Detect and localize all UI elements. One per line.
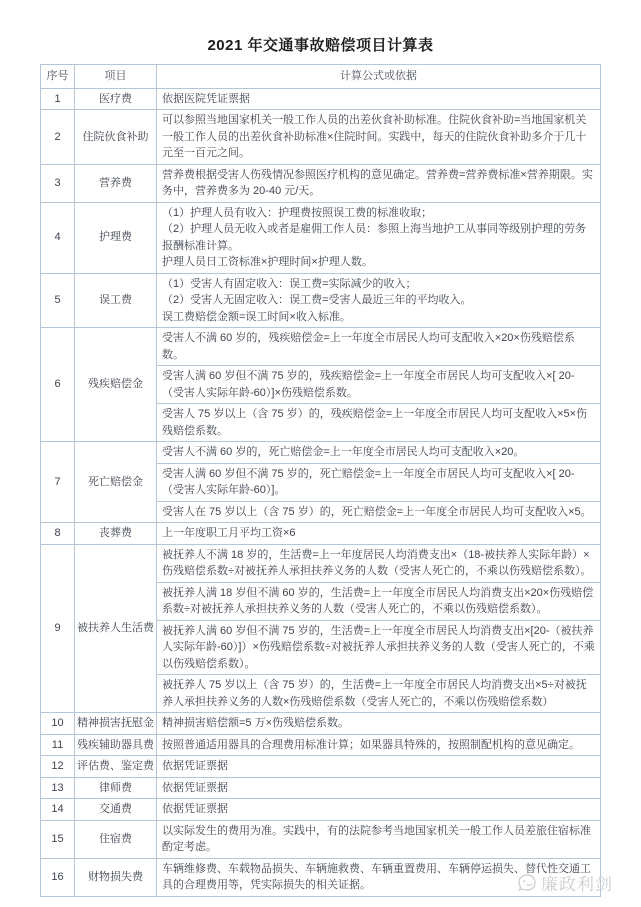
- formula-cell: 按照普通适用器具的合理费用标准计算；如果器具特殊的，按照制配机构的意见确定。: [157, 734, 601, 756]
- page-title: 2021 年交通事故赔偿项目计算表: [0, 34, 641, 55]
- formula-cell: 精神损害赔偿额=5 万×伤残赔偿系数。: [157, 713, 601, 735]
- item-name-cell: 丧葬费: [75, 523, 157, 545]
- formula-paragraph: 上一年度职工月平均工资×6: [162, 525, 595, 542]
- row-number-cell: 9: [41, 544, 75, 713]
- item-name-cell: 护理费: [75, 202, 157, 273]
- formula-paragraph: 被抚养人满 18 岁但不满 60 岁的，生活费=上一年度全市居民人均消费支出×2…: [162, 585, 595, 618]
- item-name-cell: 律师费: [75, 777, 157, 799]
- formula-paragraph: （1）受害人有固定收入：误工费=实际减少的收入；: [162, 276, 595, 293]
- formula-paragraph: 按照普通适用器具的合理费用标准计算；如果器具特殊的，按照制配机构的意见确定。: [162, 737, 595, 754]
- table-row: 5误工费（1）受害人有固定收入：误工费=实际减少的收入；（2）受害人无固定收入：…: [41, 273, 601, 328]
- table-row: 11残疾辅助器具费按照普通适用器具的合理费用标准计算；如果器具特殊的，按照制配机…: [41, 734, 601, 756]
- item-name-cell: 交通费: [75, 799, 157, 821]
- item-name-cell: 营养费: [75, 164, 157, 202]
- formula-paragraph: 依据凭证票据: [162, 801, 595, 818]
- formula-cell: 以实际发生的费用为准。实践中，有的法院参考当地国家机关一般工作人员差旅住宿标准酌…: [157, 820, 601, 858]
- formula-cell: 被抚养人满 18 岁但不满 60 岁的，生活费=上一年度全市居民人均消费支出×2…: [157, 582, 601, 620]
- formula-paragraph: 受害人在 75 岁以上（含 75 岁）的，死亡赔偿金=上一年度全市居民人均可支配…: [162, 504, 595, 521]
- table-row: 8丧葬费上一年度职工月平均工资×6: [41, 523, 601, 545]
- formula-cell: 营养费根据受害人伤残情况参照医疗机构的意见确定。营养费=营养费标准×营养期限。实…: [157, 164, 601, 202]
- item-name-cell: 住院伙食补助: [75, 110, 157, 165]
- item-name-cell: 评估费、鉴定费: [75, 756, 157, 778]
- row-number-cell: 4: [41, 202, 75, 273]
- formula-paragraph: 被抚养人满 60 岁但不满 75 岁的，生活费=上一年度全市居民人均消费支出×[…: [162, 623, 595, 673]
- row-number-cell: 7: [41, 442, 75, 523]
- formula-paragraph: 营养费根据受害人伤残情况参照医疗机构的意见确定。营养费=营养费标准×营养期限。实…: [162, 167, 595, 200]
- formula-cell: 可以参照当地国家机关一般工作人员的出差伙食补助标准。住院伙食补助=当地国家机关一…: [157, 110, 601, 165]
- row-number-cell: 3: [41, 164, 75, 202]
- table-row: 1医疗费依据医院凭证票据: [41, 88, 601, 110]
- formula-paragraph: 精神损害赔偿额=5 万×伤残赔偿系数。: [162, 715, 595, 732]
- formula-cell: 受害人满 60 岁但不满 75 岁的，残疾赔偿金=上一年度全市居民人均可支配收入…: [157, 366, 601, 404]
- formula-cell: 受害人不满 60 岁的，残疾赔偿金=上一年度全市居民人均可支配收入×20×伤残赔…: [157, 328, 601, 366]
- table-row: 13律师费依据凭证票据: [41, 777, 601, 799]
- row-number-cell: 12: [41, 756, 75, 778]
- row-number-cell: 1: [41, 88, 75, 110]
- formula-paragraph: 误工费赔偿金额=误工时间×收入标准。: [162, 309, 595, 326]
- header-cell-formula: 计算公式或依据: [157, 65, 601, 89]
- header-cell-no: 序号: [41, 65, 75, 89]
- item-name-cell: 财物损失费: [75, 858, 157, 896]
- formula-cell: 被抚养人满 60 岁但不满 75 岁的，生活费=上一年度全市居民人均消费支出×[…: [157, 620, 601, 675]
- publisher-watermark: 廉政利剑: [516, 870, 613, 895]
- row-number-cell: 5: [41, 273, 75, 328]
- formula-paragraph: 受害人不满 60 岁的，死亡赔偿金=上一年度全市居民人均可支配收入×20。: [162, 444, 595, 461]
- formula-paragraph: 可以参照当地国家机关一般工作人员的出差伙食补助标准。住院伙食补助=当地国家机关一…: [162, 112, 595, 162]
- publisher-logo-icon: [516, 873, 538, 893]
- formula-paragraph: 依据凭证票据: [162, 780, 595, 797]
- header-cell-item: 项目: [75, 65, 157, 89]
- formula-cell: （1）受害人有固定收入：误工费=实际减少的收入；（2）受害人无固定收入：误工费=…: [157, 273, 601, 328]
- formula-paragraph: 以实际发生的费用为准。实践中，有的法院参考当地国家机关一般工作人员差旅住宿标准酌…: [162, 823, 595, 856]
- table-row: 10精神损害抚慰金精神损害赔偿额=5 万×伤残赔偿系数。: [41, 713, 601, 735]
- formula-cell: 受害人 75 岁以上（含 75 岁）的，残疾赔偿金=上一年度全市居民人均可支配收…: [157, 404, 601, 442]
- formula-paragraph: 受害人满 60 岁但不满 75 岁的，残疾赔偿金=上一年度全市居民人均可支配收入…: [162, 368, 595, 401]
- compensation-table: 序号 项目 计算公式或依据 1医疗费依据医院凭证票据2住院伙食补助可以参照当地国…: [40, 64, 601, 897]
- item-name-cell: 住宿费: [75, 820, 157, 858]
- table-row: 4护理费（1）护理人员有收入：护理费按照误工费的标准收取；（2）护理人员无收入或…: [41, 202, 601, 273]
- row-number-cell: 16: [41, 858, 75, 896]
- document-page: 2021 年交通事故赔偿项目计算表 序号 项目 计算公式或依据 1医疗费依据医院…: [0, 0, 641, 907]
- row-number-cell: 11: [41, 734, 75, 756]
- formula-cell: 受害人在 75 岁以上（含 75 岁）的，死亡赔偿金=上一年度全市居民人均可支配…: [157, 501, 601, 523]
- table-row: 12评估费、鉴定费依据凭证票据: [41, 756, 601, 778]
- item-name-cell: 误工费: [75, 273, 157, 328]
- row-number-cell: 2: [41, 110, 75, 165]
- formula-cell: 被抚养人 75 岁以上（含 75 岁）的，生活费=上一年度全市居民人均消费支出×…: [157, 675, 601, 713]
- formula-cell: 受害人满 60 岁但不满 75 岁的，死亡赔偿金=上一年度全市居民人均可支配收入…: [157, 463, 601, 501]
- table-row: 7死亡赔偿金受害人不满 60 岁的，死亡赔偿金=上一年度全市居民人均可支配收入×…: [41, 442, 601, 464]
- formula-paragraph: 受害人满 60 岁但不满 75 岁的，死亡赔偿金=上一年度全市居民人均可支配收入…: [162, 466, 595, 499]
- row-number-cell: 13: [41, 777, 75, 799]
- item-name-cell: 被扶养人生活费: [75, 544, 157, 713]
- formula-cell: 受害人不满 60 岁的，死亡赔偿金=上一年度全市居民人均可支配收入×20。: [157, 442, 601, 464]
- item-name-cell: 残疾辅助器具费: [75, 734, 157, 756]
- formula-paragraph: 被抚养人不满 18 岁的，生活费=上一年度居民人均消费支出×（18-被扶养人实际…: [162, 547, 595, 580]
- formula-cell: 上一年度职工月平均工资×6: [157, 523, 601, 545]
- formula-paragraph: 受害人不满 60 岁的，残疾赔偿金=上一年度全市居民人均可支配收入×20×伤残赔…: [162, 330, 595, 363]
- table-row: 14交通费依据凭证票据: [41, 799, 601, 821]
- table-row: 2住院伙食补助可以参照当地国家机关一般工作人员的出差伙食补助标准。住院伙食补助=…: [41, 110, 601, 165]
- formula-cell: 依据凭证票据: [157, 777, 601, 799]
- table-row: 9被扶养人生活费被抚养人不满 18 岁的，生活费=上一年度居民人均消费支出×（1…: [41, 544, 601, 582]
- row-number-cell: 8: [41, 523, 75, 545]
- formula-cell: 依据医院凭证票据: [157, 88, 601, 110]
- row-number-cell: 15: [41, 820, 75, 858]
- item-name-cell: 残疾赔偿金: [75, 328, 157, 442]
- formula-paragraph: 依据医院凭证票据: [162, 91, 595, 108]
- formula-paragraph: （1）护理人员有收入：护理费按照误工费的标准收取；: [162, 205, 595, 222]
- table-row: 3营养费营养费根据受害人伤残情况参照医疗机构的意见确定。营养费=营养费标准×营养…: [41, 164, 601, 202]
- table-body: 1医疗费依据医院凭证票据2住院伙食补助可以参照当地国家机关一般工作人员的出差伙食…: [41, 88, 601, 896]
- row-number-cell: 6: [41, 328, 75, 442]
- formula-paragraph: （2）护理人员无收入或者是雇佣工作人员：参照上海当地护工从事同等级别护理的劳务报…: [162, 221, 595, 254]
- formula-paragraph: （2）受害人无固定收入：误工费=受害人最近三年的平均收入。: [162, 292, 595, 309]
- item-name-cell: 死亡赔偿金: [75, 442, 157, 523]
- formula-cell: 依据凭证票据: [157, 799, 601, 821]
- formula-cell: 被抚养人不满 18 岁的，生活费=上一年度居民人均消费支出×（18-被扶养人实际…: [157, 544, 601, 582]
- formula-paragraph: 被抚养人 75 岁以上（含 75 岁）的，生活费=上一年度全市居民人均消费支出×…: [162, 677, 595, 710]
- formula-paragraph: 受害人 75 岁以上（含 75 岁）的，残疾赔偿金=上一年度全市居民人均可支配收…: [162, 406, 595, 439]
- formula-paragraph: 护理人员日工资标准×护理时间×护理人数。: [162, 254, 595, 271]
- row-number-cell: 14: [41, 799, 75, 821]
- table-row: 15住宿费以实际发生的费用为准。实践中，有的法院参考当地国家机关一般工作人员差旅…: [41, 820, 601, 858]
- table-row: 6残疾赔偿金受害人不满 60 岁的，残疾赔偿金=上一年度全市居民人均可支配收入×…: [41, 328, 601, 366]
- table-header-row: 序号 项目 计算公式或依据: [41, 65, 601, 89]
- item-name-cell: 精神损害抚慰金: [75, 713, 157, 735]
- item-name-cell: 医疗费: [75, 88, 157, 110]
- formula-cell: 依据凭证票据: [157, 756, 601, 778]
- row-number-cell: 10: [41, 713, 75, 735]
- publisher-name: 廉政利剑: [541, 870, 613, 895]
- formula-paragraph: 依据凭证票据: [162, 758, 595, 775]
- formula-cell: （1）护理人员有收入：护理费按照误工费的标准收取；（2）护理人员无收入或者是雇佣…: [157, 202, 601, 273]
